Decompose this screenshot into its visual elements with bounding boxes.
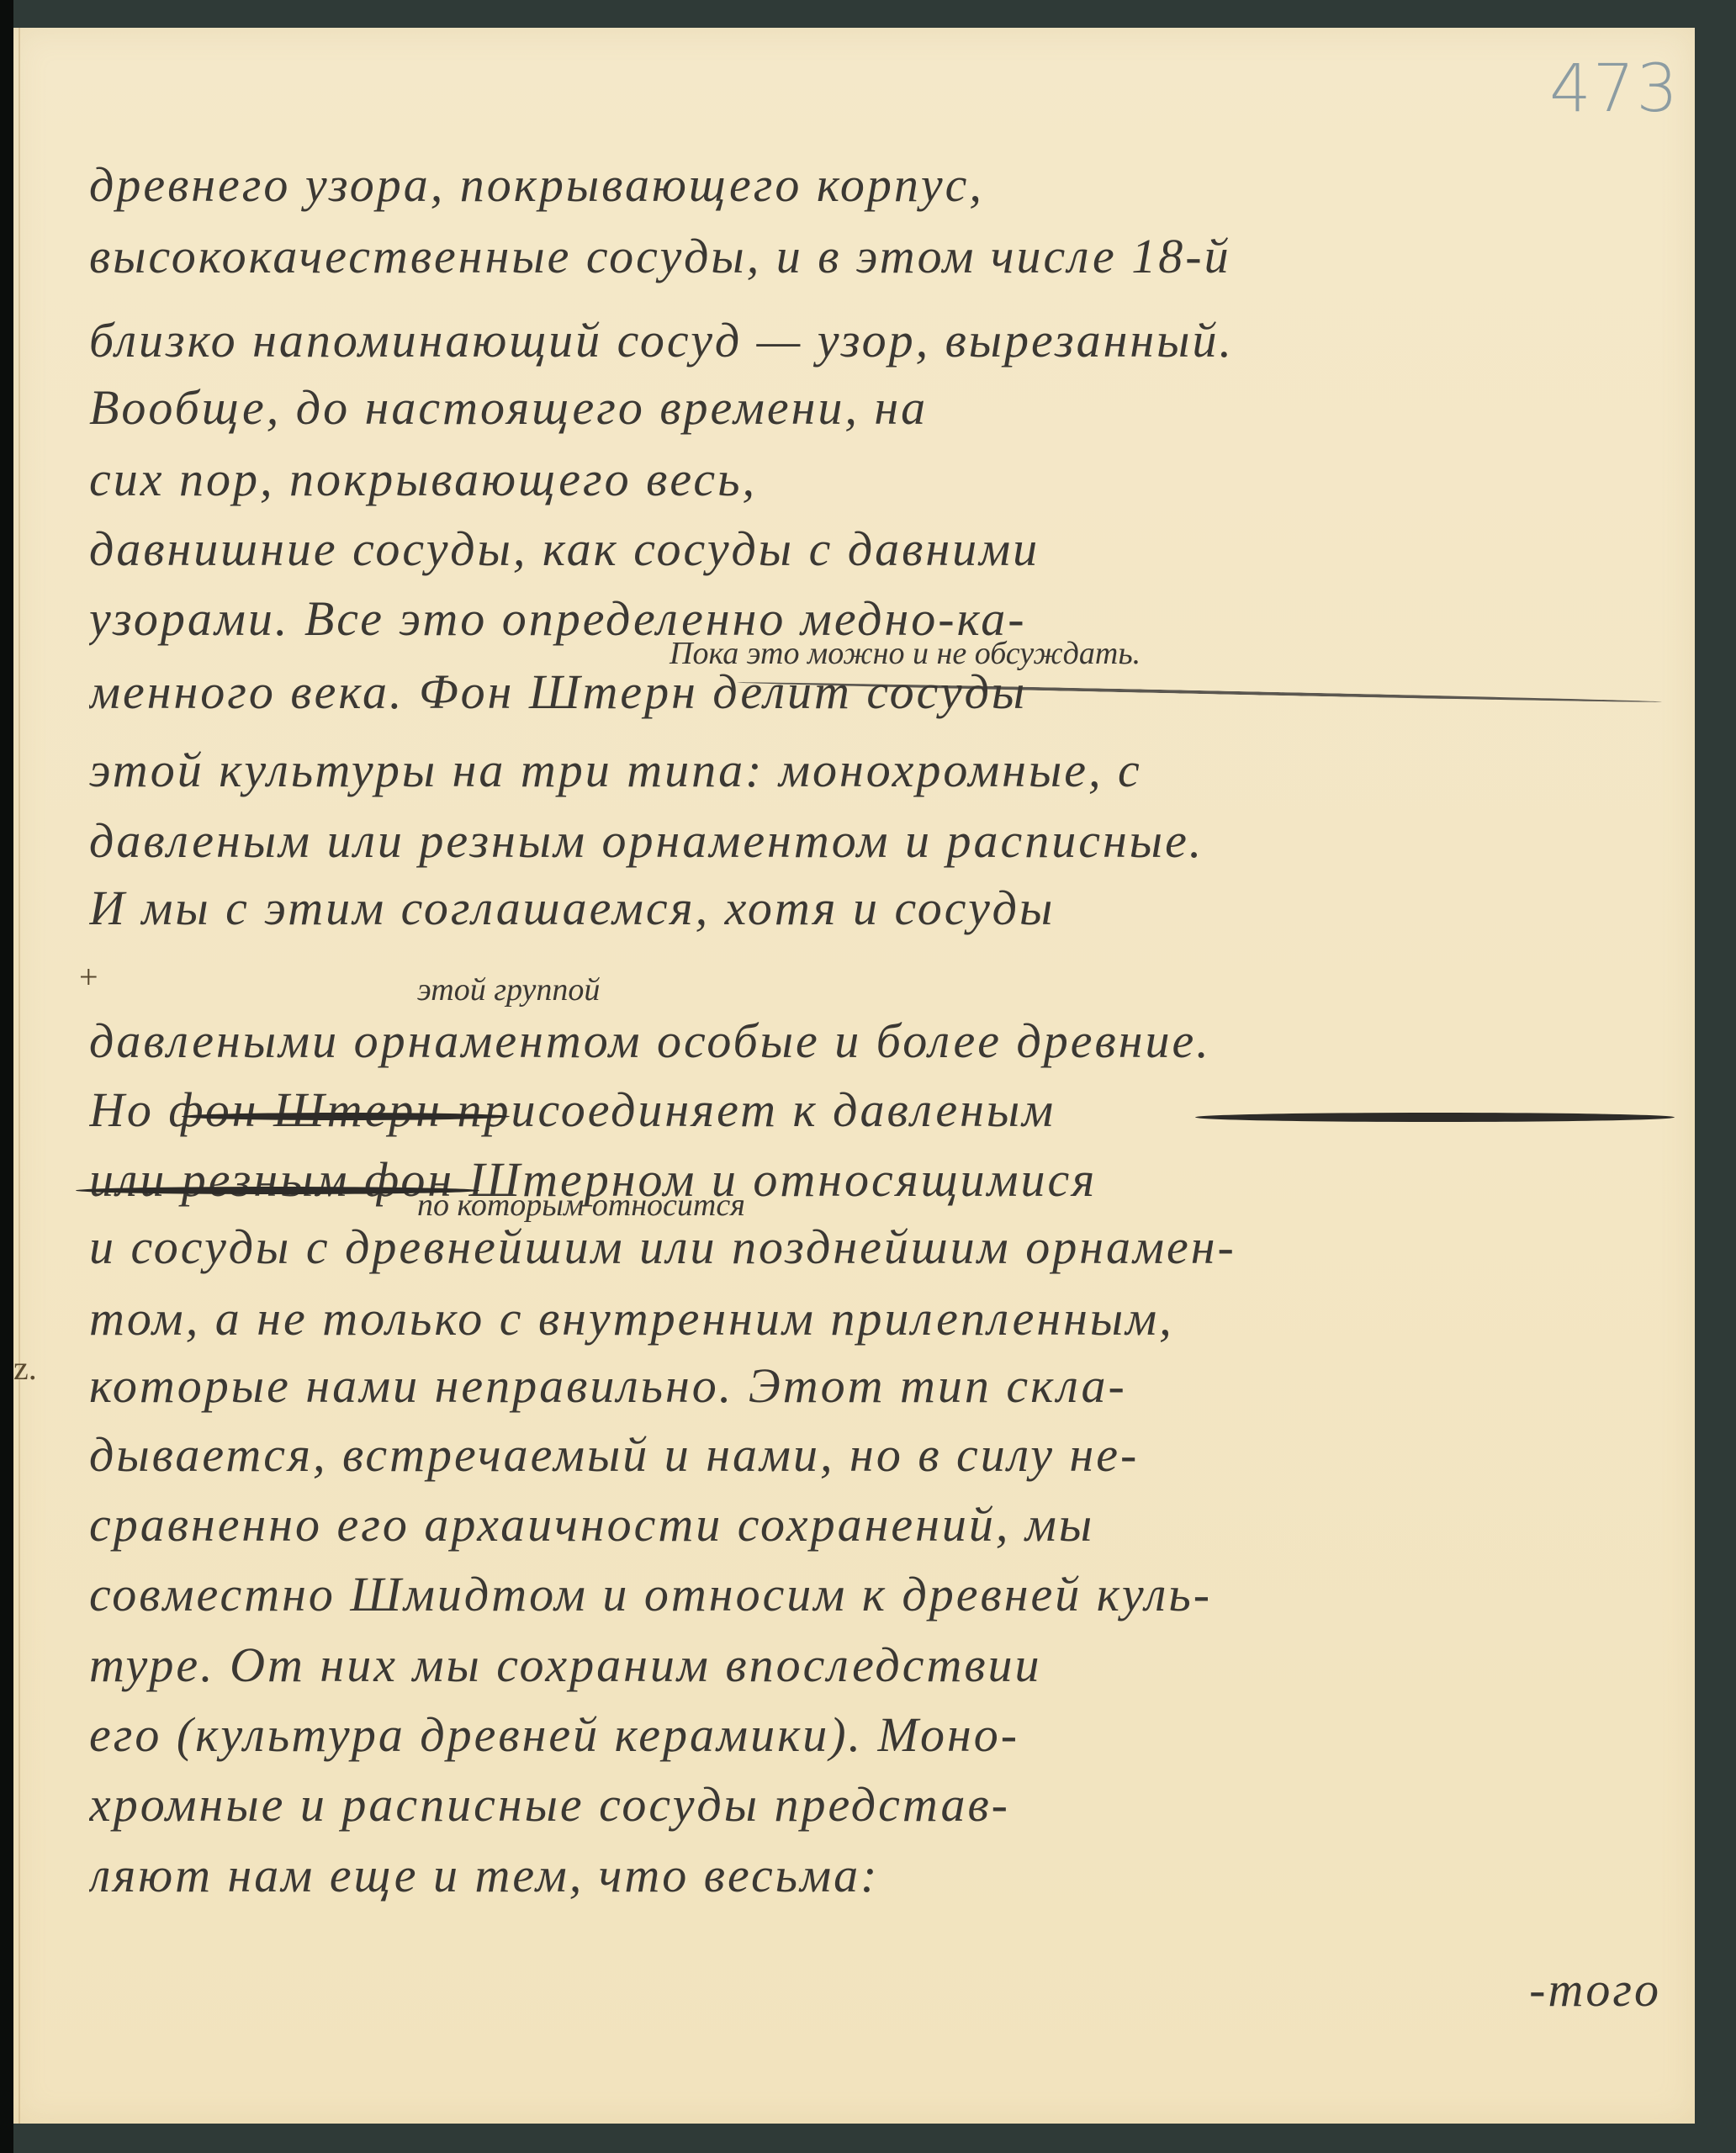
strikethrough-1 [182,1113,510,1120]
folio-number: 473 [1549,51,1680,127]
manuscript-line-23: хромные и расписные сосуды представ- [89,1775,1670,1834]
manuscript-line-19: сравненно его архаичности сохранений, мы [89,1495,1670,1554]
strikethrough-2 [1195,1113,1675,1122]
paper-fold-crease [19,28,20,2124]
manuscript-line-20: совместно Шмидтом и относим к древней ку… [89,1565,1670,1624]
manuscript-line-4: Вообще, до настоящего времени, на [89,378,1670,437]
manuscript-line-17: которые нами неправильно. Этот тип скла- [89,1357,1670,1415]
manuscript-line-11: И мы с этим соглашаемся, хотя и сосуды [89,879,1670,938]
manuscript-line-21: туре. От них мы сохраним впоследствии [89,1636,1670,1695]
manuscript-line-2: высококачественные сосуды, и в этом числ… [89,227,1670,286]
catchword: -того [1529,1960,1661,2019]
manuscript-line-22: его (культура древней керамики). Моно- [89,1706,1670,1764]
manuscript-line-8: менного века. Фон Штерн делит сосуды [89,663,1670,722]
manuscript-line-5: сих пор, покрывающего весь, [89,450,1670,509]
manuscript-line-15: и сосуды с древнейшим или позднейшим орн… [89,1218,1670,1277]
scanner-left-edge [0,0,13,2153]
manuscript-line-1: древнего узора, покрывающего корпус, [89,156,1670,214]
manuscript-line-9: этой культуры на три типа: монохромные, … [89,741,1670,800]
manuscript-line-14: или резным фон Штерном и относящимися [89,1151,1670,1209]
manuscript-line-3: близко напоминающий сосуд — узор, выреза… [89,311,1670,370]
margin-mark-note: z. [13,1348,37,1388]
manuscript-line-10: давленым или резным орнаментом и расписн… [89,812,1670,870]
manuscript-line-24: ляют нам еще и тем, что весьма: [89,1846,1670,1905]
manuscript-line-12: давлеными орнаментом особые и более древ… [89,1012,1670,1071]
manuscript-line-13: Но фон Штерн присоединяет к давленым [89,1081,1670,1140]
manuscript-line-18: дывается, встречаемый и нами, но в силу … [89,1426,1670,1484]
manuscript-line-16: том, а не только с внутренним прилепленн… [89,1289,1670,1348]
interlinear-insert-2: этой группой [417,971,600,1008]
manuscript-line-6: давнишние сосуды, как сосуды с давними [89,520,1670,579]
manuscript-page: 473 древнего узора, покрывающего корпус,… [13,28,1695,2124]
margin-mark-plus: + [79,957,98,997]
